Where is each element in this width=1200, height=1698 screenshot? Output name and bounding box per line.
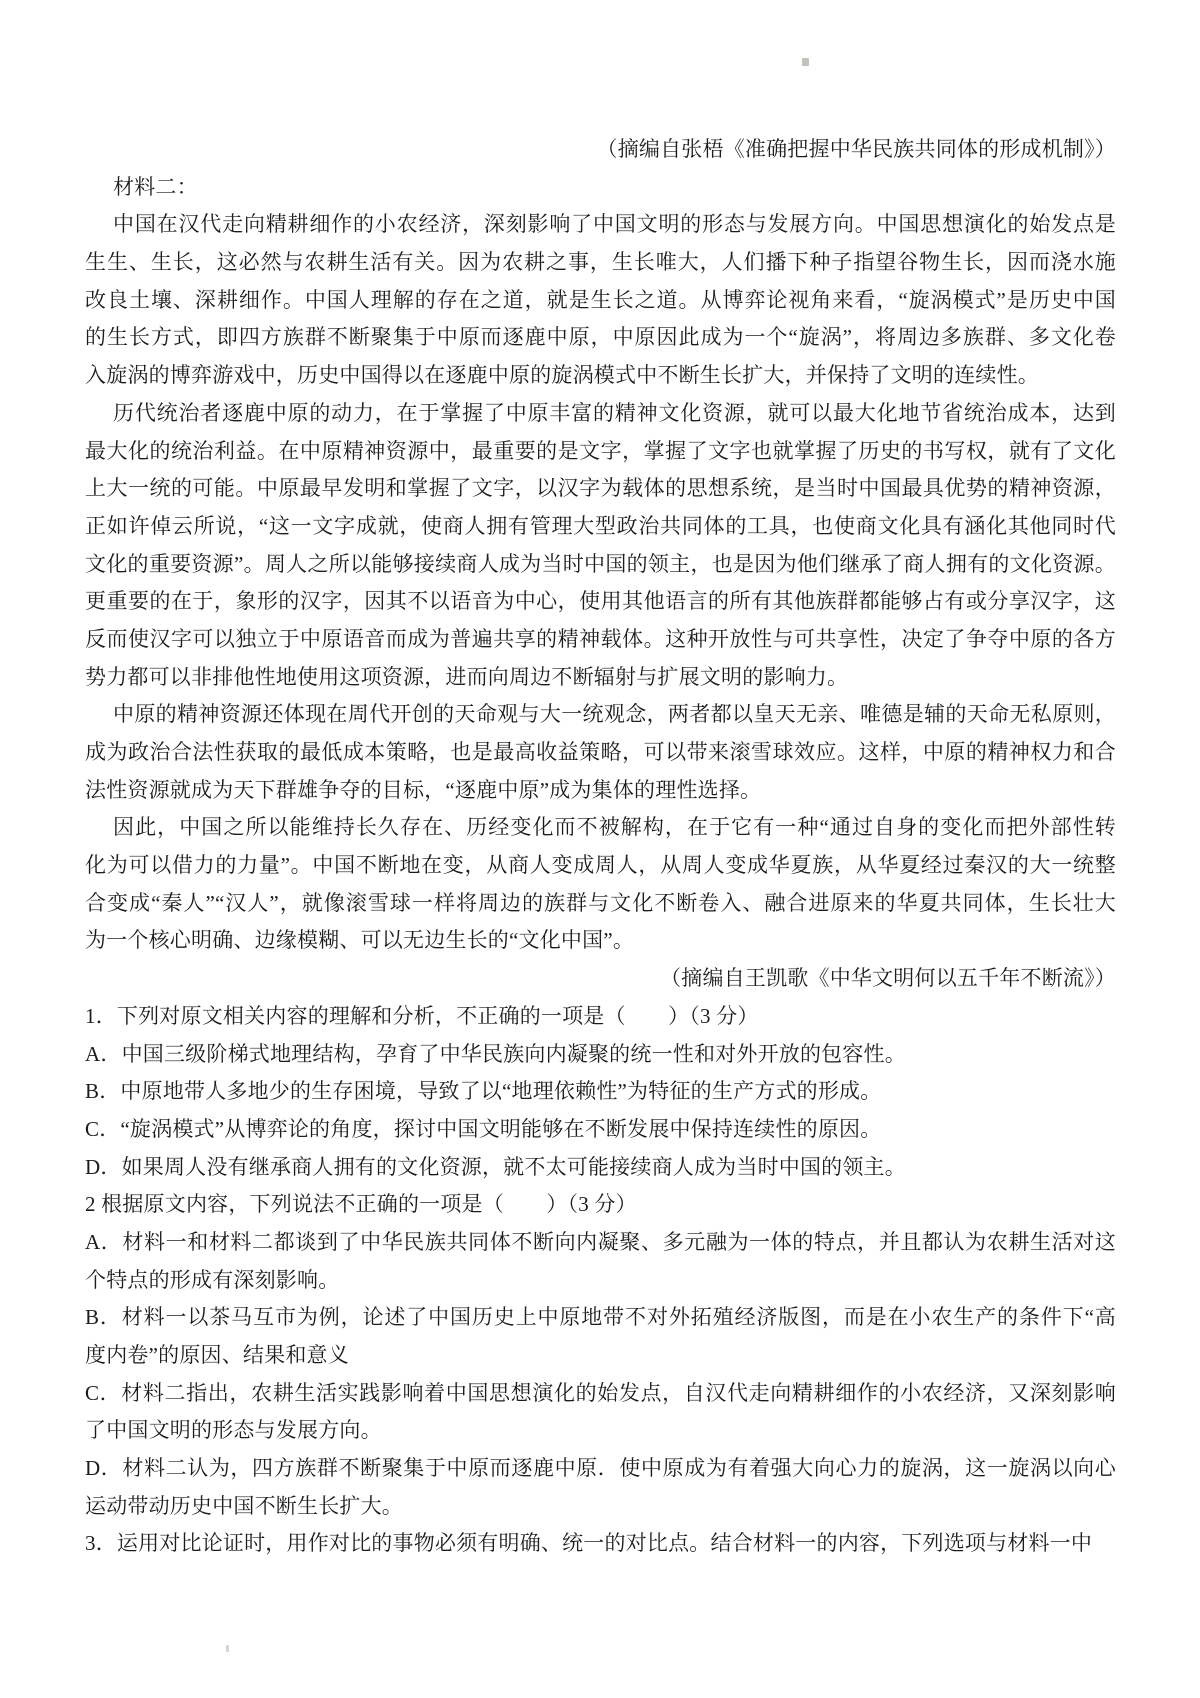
source-attribution-1: （摘编自张梧《准确把握中华民族共同体的形成机制》） [85, 131, 1116, 169]
question-2-option-c-cont: 了中国文明的形态与发展方向。 [85, 1412, 1116, 1450]
passage-line: 最大化的统治利益。在中原精神资源中，最重要的是文字，掌握了文字也就掌握了历史的书… [85, 433, 1116, 471]
passage-line: 上大一统的可能。中原最早发明和掌握了文字，以汉字为载体的思想系统，是当时中国最具… [85, 470, 1116, 508]
exam-page: （摘编自张梧《准确把握中华民族共同体的形成机制》）材料二：中国在汉代走向精耕细作… [0, 0, 1200, 1698]
passage-line: 化为可以借力的力量”。中国不断地在变，从商人变成周人，从周人变成华夏族，从华夏经… [85, 847, 1116, 885]
question-2-stem: 2 根据原文内容，下列说法不正确的一项是（ ）（3 分） [85, 1186, 1116, 1224]
question-2-option-d-cont: 运动带动历史中国不断生长扩大。 [85, 1488, 1116, 1526]
passage-line: 生生、生长，这必然与农耕生活有关。因为农耕之事，生长唯大，人们播下种子指望谷物生… [85, 244, 1116, 282]
passage-line: 历代统治者逐鹿中原的动力，在于掌握了中原丰富的精神文化资源，就可以最大化地节省统… [85, 395, 1116, 433]
passage-line: 正如许倬云所说，“这一文字成就，使商人拥有管理大型政治共同体的工具，也使商文化具… [85, 508, 1116, 546]
question-2-option-a: A．材料一和材料二都谈到了中华民族共同体不断向内凝聚、多元融为一体的特点，并且都… [85, 1224, 1116, 1262]
passage-line: 的生长方式，即四方族群不断聚集于中原而逐鹿中原，中原因此成为一个“旋涡”，将周边… [85, 319, 1116, 357]
question-2-option-a-cont: 个特点的形成有深刻影响。 [85, 1262, 1116, 1300]
passage-line: 势力都可以非排他性地使用这项资源，进而向周边不断辐射与扩展文明的影响力。 [85, 659, 1116, 697]
passage-line: 成为政治合法性获取的最低成本策略，也是最高收益策略，可以带来滚雪球效应。这样，中… [85, 734, 1116, 772]
passage-line: 中原的精神资源还体现在周代开创的天命观与大一统观念，两者都以皇天无亲、唯德是辅的… [85, 696, 1116, 734]
passage-line: 改良土壤、深耕细作。中国人理解的存在之道，就是生长之道。从博弈论视角来看，“旋涡… [85, 282, 1116, 320]
question-2-option-b-cont: 度内卷”的原因、结果和意义 [85, 1337, 1116, 1375]
passage-and-questions-text: （摘编自张梧《准确把握中华民族共同体的形成机制》）材料二：中国在汉代走向精耕细作… [85, 131, 1116, 1563]
scan-artifact-dot [226, 1645, 229, 1652]
passage-line: 中国在汉代走向精耕细作的小农经济，深刻影响了中国文明的形态与发展方向。中国思想演… [85, 206, 1116, 244]
question-1-option-a: A．中国三级阶梯式地理结构，孕育了中华民族向内凝聚的统一性和对外开放的包容性。 [85, 1036, 1116, 1074]
question-1-option-c: C．“旋涡模式”从博弈论的角度，探讨中国文明能够在不断发展中保持连续性的原因。 [85, 1111, 1116, 1149]
passage-line: 入旋涡的博弈游戏中，历史中国得以在逐鹿中原的旋涡模式中不断生长扩大，并保持了文明… [85, 357, 1116, 395]
question-2-option-d: D．材料二认为，四方族群不断聚集于中原而逐鹿中原．使中原成为有着强大向心力的旋涡… [85, 1450, 1116, 1488]
passage-line: 法性资源就成为天下群雄争夺的目标，“逐鹿中原”成为集体的理性选择。 [85, 772, 1116, 810]
source-attribution-2: （摘编自王凯歌《中华文明何以五千年不断流》） [85, 960, 1116, 998]
material-2-label: 材料二： [85, 169, 1116, 207]
scan-artifact-dot [802, 58, 809, 66]
passage-line: 为一个核心明确、边缘模糊、可以无边生长的“文化中国”。 [85, 922, 1116, 960]
passage-line: 反而使汉字可以独立于中原语音而成为普遍共享的精神载体。这种开放性与可共享性，决定… [85, 621, 1116, 659]
question-2-option-c: C．材料二指出，农耕生活实践影响着中国思想演化的始发点，自汉代走向精耕细作的小农… [85, 1375, 1116, 1413]
passage-line: 因此，中国之所以能维持长久存在、历经变化而不被解构，在于它有一种“通过自身的变化… [85, 809, 1116, 847]
passage-line: 合变成“秦人”“汉人”，就像滚雪球一样将周边的族群与文化不断卷入、融合进原来的华… [85, 885, 1116, 923]
question-2-option-b: B．材料一以茶马互市为例，论述了中国历史上中原地带不对外拓殖经济版图，而是在小农… [85, 1299, 1116, 1337]
question-1-option-d: D．如果周人没有继承商人拥有的文化资源，就不太可能接续商人成为当时中国的领主。 [85, 1149, 1116, 1187]
passage-line: 更重要的在于，象形的汉字，因其不以语音为中心，使用其他语言的所有其他族群都能够占… [85, 583, 1116, 621]
question-1-option-b: B．中原地带人多地少的生存困境，导致了以“地理依赖性”为特征的生产方式的形成。 [85, 1073, 1116, 1111]
question-1-stem: 1．下列对原文相关内容的理解和分析，不正确的一项是（ ）（3 分） [85, 998, 1116, 1036]
question-3-stem: 3．运用对比论证时，用作对比的事物必须有明确、统一的对比点。结合材料一的内容，下… [85, 1525, 1116, 1563]
passage-line: 文化的重要资源”。周人之所以能够接续商人成为当时中国的领主，也是因为他们继承了商… [85, 546, 1116, 584]
